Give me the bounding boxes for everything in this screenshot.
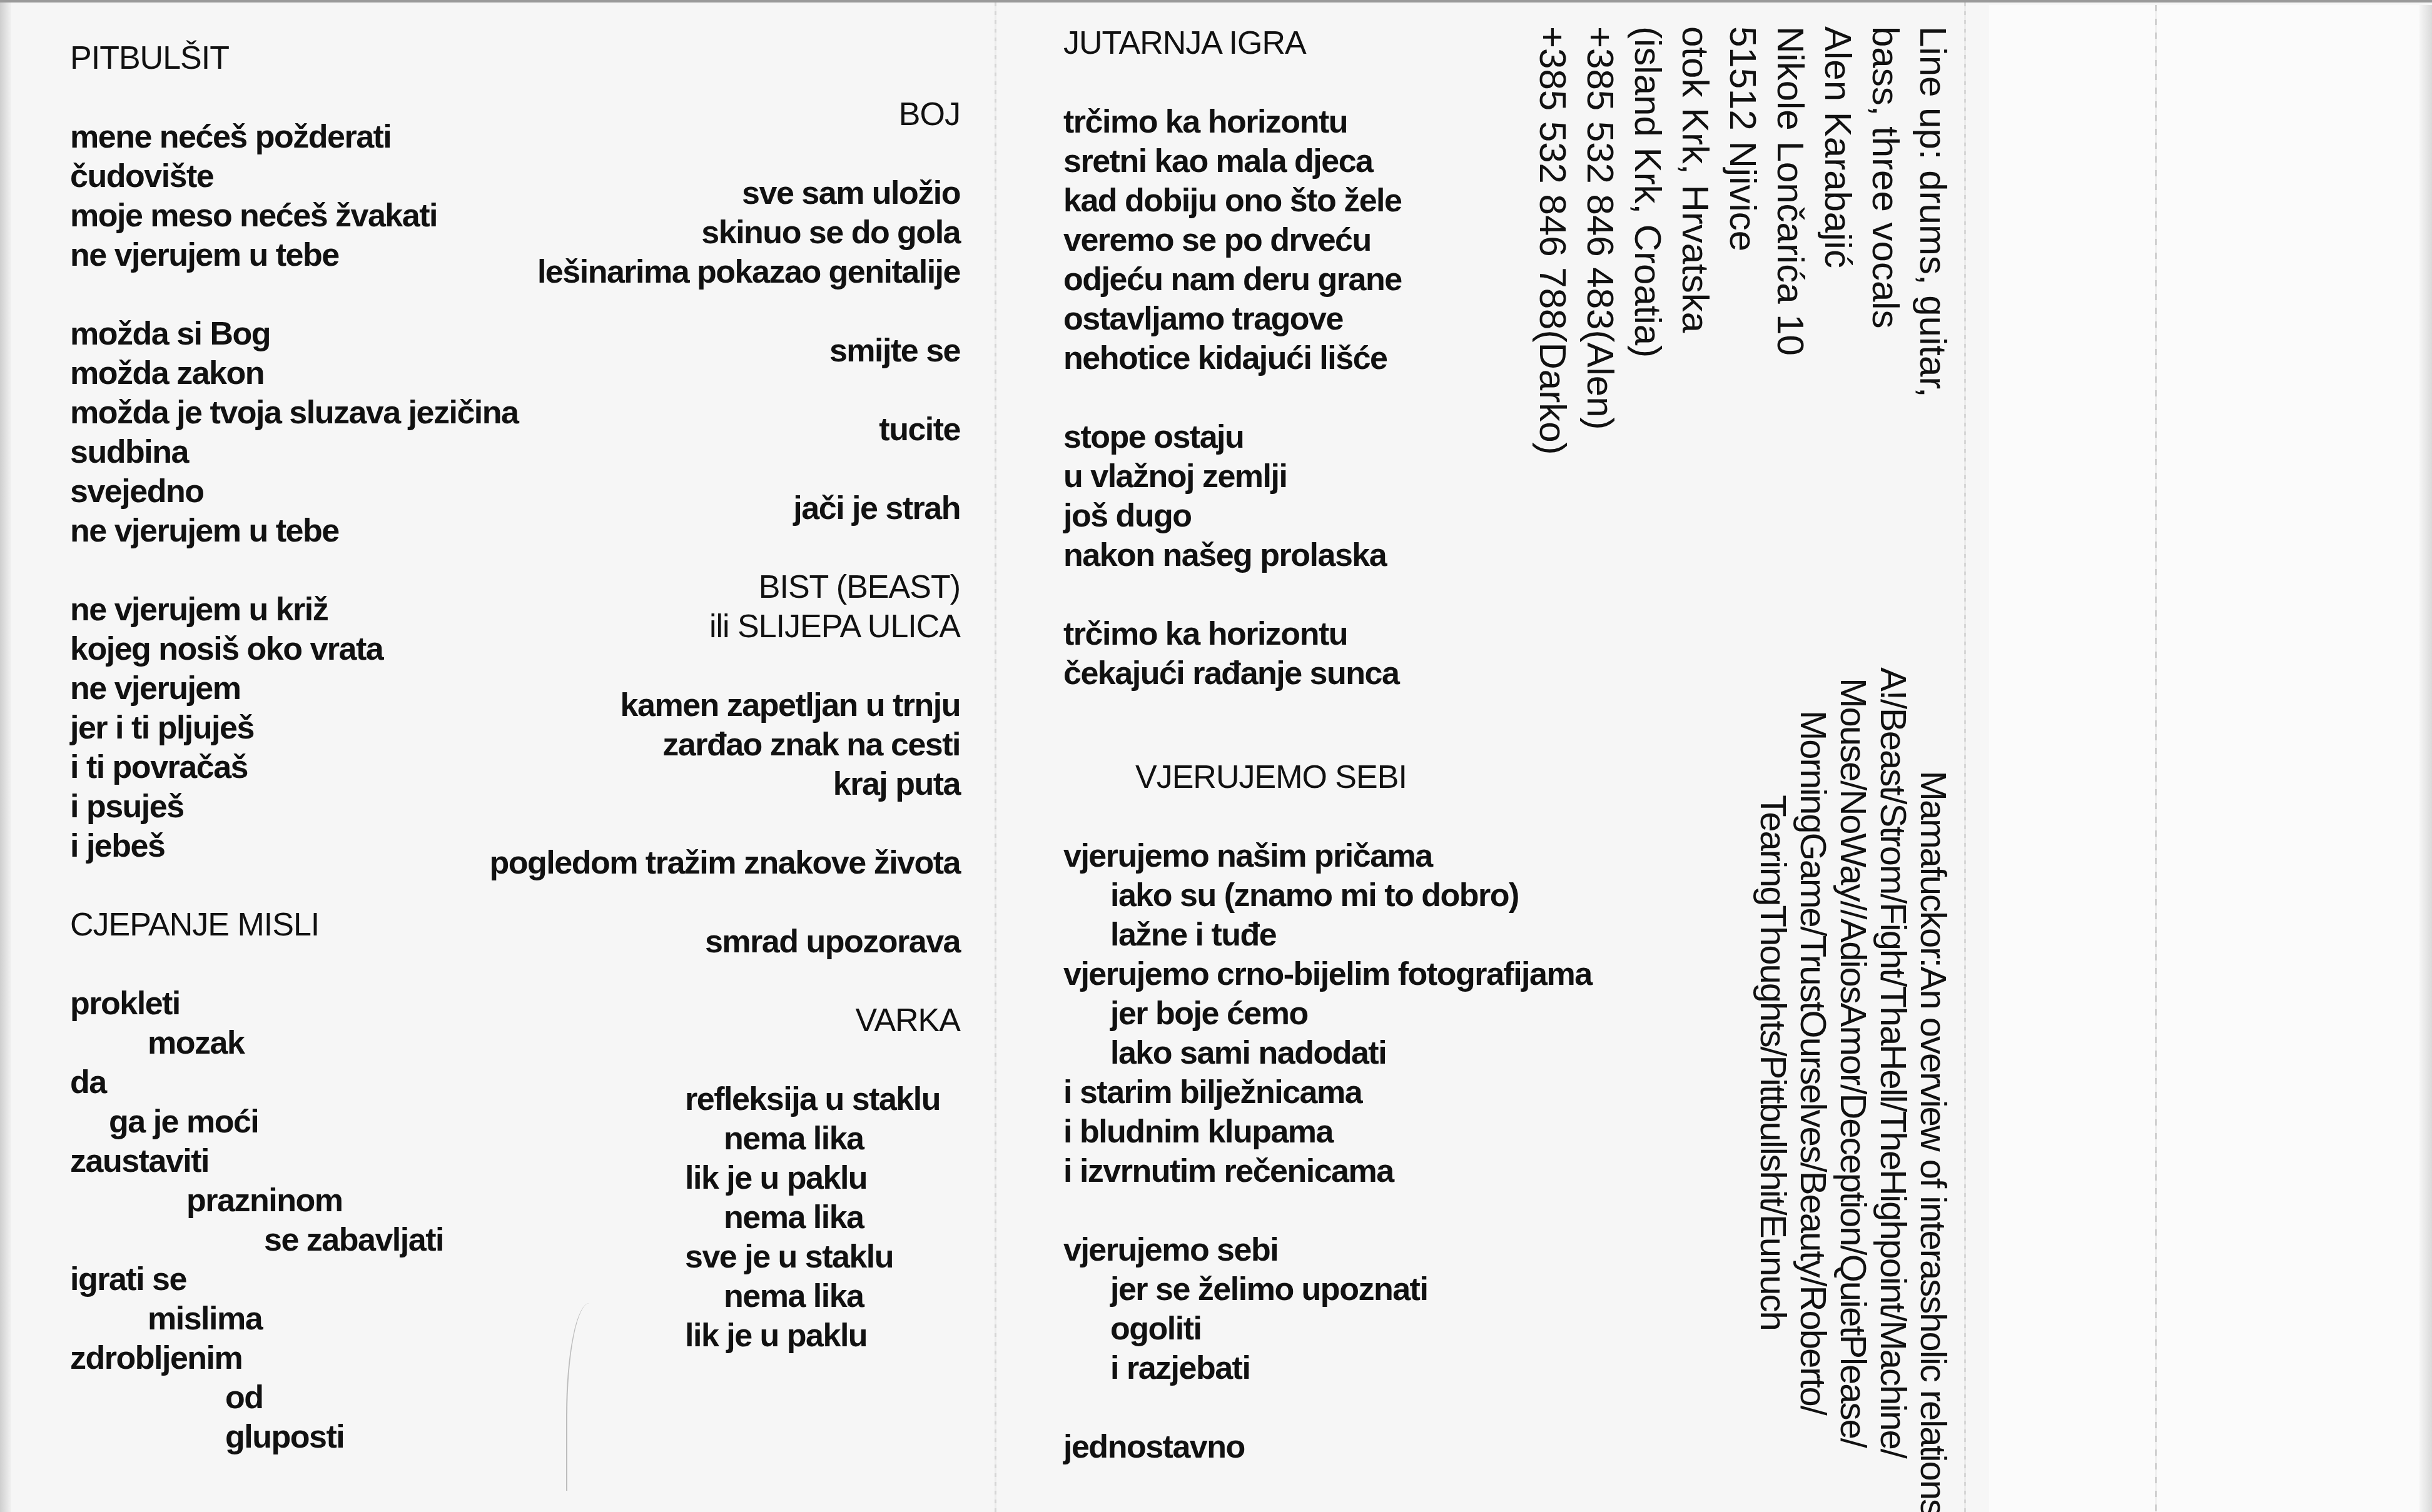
lyric-line: čekajući rađanje sunca — [1063, 654, 1676, 693]
lyric-line: nema lika — [400, 1119, 960, 1159]
lyric-line: skinuo se do gola — [400, 213, 960, 253]
lyric-line: lik je u paklu — [400, 1159, 960, 1198]
tracklist-line: Mamafuckor:An overview of interassholic … — [1913, 609, 1953, 1512]
scan-edge-shadow — [0, 3, 11, 1512]
blank-flap-panel — [1989, 5, 2432, 1512]
song-title: BOJ — [400, 95, 960, 134]
lyric-line: lažne i tuđe — [1063, 915, 1676, 955]
flap-crease — [2155, 5, 2157, 1512]
lyric-line: vjerujemo sebi — [1063, 1231, 1676, 1270]
song-title: ili SLIJEPA ULICA — [400, 607, 960, 647]
spine-fold-line — [1964, 3, 1966, 1512]
cassette-insert-sheet: PITBULŠITmene nećeš požderatičudovištemo… — [0, 0, 2432, 1512]
credit-line: +385 532 846 483(Alen) — [1576, 26, 1624, 455]
lyric-line: nakon našeg prolaska — [1063, 536, 1676, 575]
tracklist-line: TearingThoughts/Pittbullshit/Eunuch — [1753, 609, 1793, 1512]
lyrics-column-2: BOJsve sam uložioskinuo se do golalešina… — [400, 95, 960, 1356]
lyric-line — [1063, 1191, 1676, 1231]
lyric-line: refleksija u staklu — [400, 1080, 960, 1119]
lyric-line: iako su (znamo mi to dobro) — [1063, 876, 1676, 915]
credit-line: Alen Karabajić — [1814, 26, 1862, 455]
lyric-line: tucite — [400, 410, 960, 450]
credit-line: (island Krk, Croatia) — [1624, 26, 1671, 455]
lyric-line: sve je u staklu — [400, 1237, 960, 1277]
lyric-line: smrad upozorava — [400, 922, 960, 962]
song-title: VARKA — [400, 1001, 960, 1041]
flap-edge-shadow — [2419, 5, 2432, 1512]
credit-line: 51512 Njivice — [1719, 26, 1766, 455]
credit-line: Line up: drums, guitar, — [1909, 26, 1957, 455]
credit-line: +385 532 846 788(Darko) — [1529, 26, 1576, 455]
lyric-line: vjerujemo našim pričama — [1063, 837, 1676, 876]
lyric-line: jači je strah — [400, 489, 960, 528]
lyric-line: pogledom tražim znakove života — [400, 844, 960, 883]
tracklist-line: Mouse/NoWay//AdiosAmor/Deception/QuietPl… — [1833, 609, 1873, 1512]
credit-line: Nikole Lončarića 10 — [1766, 26, 1814, 455]
lyric-line: sve sam uložio — [400, 174, 960, 213]
lyric-line: smijte se — [400, 331, 960, 371]
album-tracklist-block: Mamafuckor:An overview of interassholic … — [1753, 609, 1953, 1512]
lyric-line: i bludnim klupama — [1063, 1112, 1676, 1152]
tracklist-line: A!/Beast/Strom/Fight/ThaHell/TheHighpoin… — [1873, 609, 1913, 1512]
lyric-line: kraj puta — [400, 765, 960, 804]
lyric-line: vjerujemo crno-bijelim fotografijama — [1063, 955, 1676, 994]
lyric-line: jer se želimo upoznati — [1063, 1270, 1676, 1309]
lyric-line: nema lika — [400, 1198, 960, 1237]
lyric-line: zarđao znak na cesti — [400, 725, 960, 765]
fold-line — [995, 3, 996, 1512]
lyric-line — [1063, 1388, 1676, 1428]
lyric-line: nema lika — [400, 1277, 960, 1316]
lyric-line: gluposti — [70, 1418, 633, 1457]
lyric-line: i razjebati — [1063, 1349, 1676, 1388]
lyric-line: i starim bilježnicama — [1063, 1073, 1676, 1112]
lyric-line: lik je u paklu — [400, 1316, 960, 1356]
credit-line: bass, three vocals — [1862, 26, 1909, 455]
lyric-line: jer boje ćemo — [1063, 994, 1676, 1034]
lyric-line: lešinarima pokazao genitalije — [400, 253, 960, 292]
credit-line: otok Krk, Hrvatska — [1671, 26, 1719, 455]
lyric-line: još dugo — [1063, 496, 1676, 536]
lyric-line: lako sami nadodati — [1063, 1034, 1676, 1073]
lyric-line: i izvrnutim rečenicama — [1063, 1152, 1676, 1191]
lyric-line: jednostavno — [1063, 1428, 1676, 1467]
song-title: PITBULŠIT — [70, 39, 633, 78]
tracklist-line: MorningGame/TrustOurselves/Beauty/Robert… — [1793, 609, 1833, 1512]
song-title: VJERUJEMO SEBI — [1063, 758, 1676, 797]
lyric-line: ogoliti — [1063, 1309, 1676, 1349]
lyric-line: u vlažnoj zemlji — [1063, 457, 1676, 496]
lyric-line: kamen zapetljan u trnju — [400, 686, 960, 725]
lineup-credits-block: Line up: drums, guitar,bass, three vocal… — [1529, 26, 1957, 455]
lyric-line: od — [70, 1378, 633, 1418]
lyric-line: trčimo ka horizontu — [1063, 615, 1676, 654]
song-title: BIST (BEAST) — [400, 568, 960, 607]
